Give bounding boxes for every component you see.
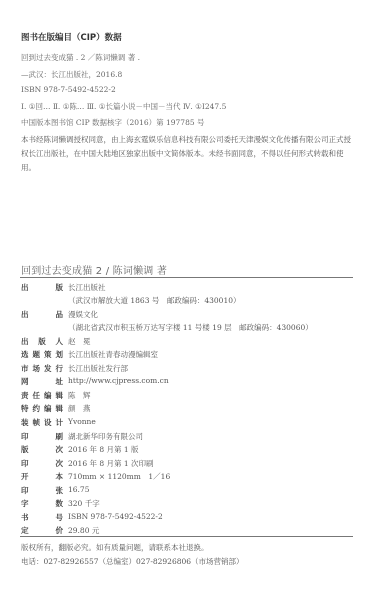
row-label: 装帧设计 [21, 417, 63, 428]
license-notice: 本书经陈词懒调授权同意，由上海玄霆娱乐信息科技有限公司委托天津漫娱文化传播有限公… [21, 133, 351, 175]
row-value: 长江出版社青春动漫编辑室 [68, 349, 158, 360]
cip-line-record-number: 中国版本图书馆 CIP 数据核字（2016）第 197785 号 [21, 117, 205, 128]
row-label: 定 价 [21, 525, 63, 536]
colophon-row: 出 版 人赵 冕 [21, 336, 351, 349]
row-value: 湖北新华印务有限公司 [68, 431, 143, 442]
row-value: 2016 年 8 月第 1 次印刷 [68, 458, 154, 469]
colophon-row: 出 版长江出版社 [21, 282, 351, 295]
row-value: （湖北省武汉市积玉桥万达写字楼 11 号楼 19 层 邮政编码：430060） [68, 322, 313, 333]
row-value: 陈 辉 [68, 390, 91, 401]
row-value: 颜 燕 [68, 403, 91, 414]
row-label: 出 品 [21, 309, 63, 320]
colophon-row: 印 张16.75 [21, 485, 351, 498]
row-label: 出 版 人 [21, 336, 63, 347]
colophon-row: 开 本710mm × 1120mm 1／16 [21, 471, 351, 484]
cip-line-title: 回到过去变成猫 . 2 ／陈词懒调 著 . [21, 52, 140, 63]
contact-phones: 电话：027-82926557（总编室）027-82926806（市场营销部） [21, 556, 244, 567]
colophon-row: （湖北省武汉市积玉桥万达写字楼 11 号楼 19 层 邮政编码：430060） [21, 322, 351, 335]
colophon-row: 网 址http://www.cjpress.com.cn [21, 376, 351, 389]
colophon-row: 印 次2016 年 8 月第 1 次印刷 [21, 458, 351, 471]
website-link[interactable]: http://www.cjpress.com.cn [68, 376, 169, 385]
row-value: 长江出版社 [68, 282, 106, 293]
row-value: 710mm × 1120mm 1／16 [68, 471, 170, 482]
colophon-row: 印 刷湖北新华印务有限公司 [21, 431, 351, 444]
series-title: 回到过去变成猫 2 / 陈词懒调 著 [21, 262, 167, 277]
colophon-row: 出 品漫娱文化 [21, 309, 351, 322]
colophon-row: 特约编辑颜 燕 [21, 403, 351, 416]
colophon-row: 选题策划长江出版社青春动漫编辑室 [21, 349, 351, 362]
colophon-row: 责任编辑陈 辉 [21, 390, 351, 403]
row-label: 印 张 [21, 485, 63, 496]
row-value: 16.75 [68, 485, 89, 494]
row-label: 出 版 [21, 282, 63, 293]
row-label: 市场发行 [21, 363, 63, 374]
colophon-row: 市场发行长江出版社发行部 [21, 363, 351, 376]
row-value: 29.80 元 [68, 525, 99, 536]
colophon-row: 装帧设计Yvonne [21, 417, 351, 430]
row-label: 网 址 [21, 376, 63, 387]
row-value: Yvonne [68, 417, 96, 426]
row-label: 书 号 [21, 512, 63, 523]
top-rule [20, 277, 353, 278]
copyright-notice: 版权所有，翻版必究。如有质量问题，请联系本社退换。 [21, 542, 209, 553]
row-value: 长江出版社发行部 [68, 363, 128, 374]
row-label: 责任编辑 [21, 390, 63, 401]
row-value: （武汉市解放大道 1863 号 邮政编码：430010） [68, 295, 240, 306]
row-label: 选题策划 [21, 349, 63, 360]
colophon-row: （武汉市解放大道 1863 号 邮政编码：430010） [21, 295, 351, 308]
row-label: 字 数 [21, 498, 63, 509]
row-value: 320 千字 [68, 498, 100, 509]
row-label: 开 本 [21, 471, 63, 482]
colophon-row: 字 数320 千字 [21, 498, 351, 511]
row-label: 印 刷 [21, 431, 63, 442]
cip-title: 图书在版编目（CIP）数据 [21, 31, 122, 43]
cip-line-classification: Ⅰ. ①回… Ⅱ. ①陈… Ⅲ. ①长篇小说－中国－当代 Ⅳ. ①I247.5 [21, 101, 226, 112]
row-label: 版 次 [21, 444, 63, 455]
row-label: 特约编辑 [21, 403, 63, 414]
colophon-row: 版 次2016 年 8 月第 1 版 [21, 444, 351, 457]
row-label: 印 次 [21, 458, 63, 469]
cip-line-publisher: —武汉：长江出版社，2016.8 [21, 69, 122, 80]
row-value: 赵 冕 [68, 336, 91, 347]
cip-line-isbn: ISBN 978-7-5492-4522-2 [21, 85, 116, 94]
colophon-row: 书 号ISBN 978-7-5492-4522-2 [21, 512, 351, 525]
bottom-rule [20, 536, 353, 537]
row-value: ISBN 978-7-5492-4522-2 [68, 512, 163, 521]
row-value: 漫娱文化 [68, 309, 98, 320]
row-value: 2016 年 8 月第 1 版 [68, 444, 139, 455]
